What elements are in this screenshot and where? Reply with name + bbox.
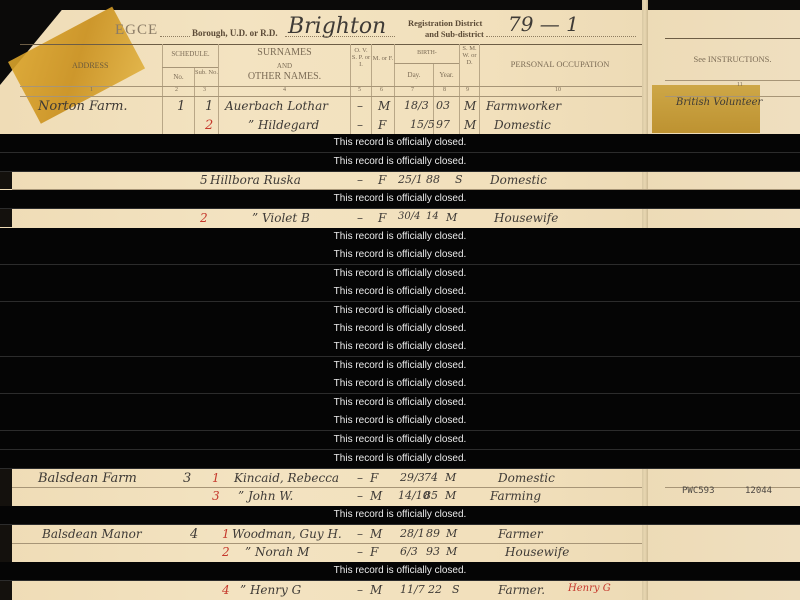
row-birth-day: 6/3 (400, 545, 418, 558)
header-rule (20, 44, 642, 45)
row-ovspi: – (357, 173, 363, 187)
closed-record-bar: This record is officially closed. (0, 338, 800, 357)
row-rule (20, 96, 642, 97)
row-ovspi: – (357, 118, 363, 132)
registration-label-2: and Sub-district (425, 29, 484, 39)
row-sub: 1 (212, 471, 220, 485)
row-sex: F (378, 211, 386, 225)
row-name: ” John W. (238, 489, 293, 503)
row-name: Kincaid, Rebecca (234, 471, 339, 485)
left-edge (0, 209, 12, 227)
row-birth-year: 89 (426, 527, 440, 540)
row-annotation: Henry G (568, 583, 611, 594)
tape-stain-right (652, 85, 760, 133)
col-birth: BIRTH- (395, 50, 459, 56)
row-sub: 1 (222, 527, 230, 541)
row-birth-day: 28/1 (400, 527, 425, 540)
row-sub: 4 (222, 583, 230, 597)
row-ovspi: – (357, 583, 363, 597)
col-address: ADDRESS (72, 62, 108, 70)
row-birth-day: 18/3 (404, 99, 429, 112)
row-status: S (455, 173, 463, 186)
row-schedule: 4 (190, 527, 198, 542)
row-status: M (445, 471, 456, 484)
closed-record-bar: This record is officially closed. (0, 302, 800, 321)
row-occupation: Farmworker (486, 99, 561, 113)
row-birth-day: 11/7 (400, 583, 425, 596)
row-name: ” Norah M (245, 545, 309, 559)
row-status: M (464, 99, 476, 113)
row-status: S (452, 583, 460, 596)
row-ovspi: – (357, 211, 363, 225)
row-status: M (446, 211, 457, 224)
col-num: 1 (90, 87, 93, 93)
row-sub: 5 (200, 173, 208, 187)
registration-label-1: Registration District (408, 18, 482, 28)
col-num: 10 (555, 87, 561, 93)
closed-record-bar: This record is officially closed. (0, 394, 800, 413)
row-address: Norton Farm. (38, 99, 128, 114)
col-other-names: OTHER NAMES. (219, 72, 350, 83)
dotted-line (486, 36, 636, 37)
row-sub: 2 (205, 118, 213, 133)
row-address: Balsdean Farm (38, 471, 137, 486)
closed-record-bar: This record is officially closed. (0, 228, 800, 247)
header-rule (665, 38, 800, 39)
row-birth-year: 22 (428, 583, 442, 596)
col-marital: S. M. W. or D. (460, 46, 479, 66)
row-sex: F (370, 471, 378, 485)
closed-record-bar: This record is officially closed. (0, 320, 800, 339)
col-rule (394, 44, 395, 134)
row-name: ” Hildegard (248, 118, 319, 132)
row-sex: F (378, 118, 386, 132)
row-birth-year: 14 (426, 211, 439, 222)
closed-record-bar: This record is officially closed. (0, 134, 800, 153)
col-sub-no: Sub. No. (195, 70, 218, 77)
col-num: 9 (466, 87, 469, 93)
row-sub: 2 (222, 545, 230, 559)
closed-record-bar: This record is officially closed. (0, 375, 800, 394)
closed-record-bar: This record is officially closed. (0, 562, 800, 581)
closed-record-bar: This record is officially closed. (0, 506, 800, 525)
row-ovspi: – (357, 471, 363, 485)
closed-record-bar: This record is officially closed. (0, 190, 800, 209)
row-sex: M (378, 99, 390, 113)
closed-record-bar: This record is officially closed. (0, 357, 800, 376)
col-ovspi: O. V. S. P. or I. (351, 48, 371, 68)
col-num: 7 (411, 87, 414, 93)
dotted-line (285, 36, 395, 37)
closed-record-bar: This record is officially closed. (0, 153, 800, 172)
row-address: Balsdean Manor (42, 527, 142, 541)
row-status: M (445, 489, 456, 502)
row-birth-day: 30/4 (398, 211, 420, 222)
col-rule (194, 68, 195, 134)
row-schedule: 1 (177, 99, 185, 114)
row-occupation: Farming (490, 489, 541, 503)
registration-value: 79 — 1 (508, 12, 579, 36)
row-sub: 3 (212, 489, 220, 503)
row-birth-year: 74 (424, 471, 438, 484)
row-occupation: Farmer (498, 527, 543, 541)
row-birth-year: 88 (426, 173, 440, 186)
row-ovspi: – (357, 99, 363, 113)
row-col11: British Volunteer (676, 97, 762, 108)
col-num: 2 (175, 87, 178, 93)
row-sub: 2 (200, 211, 208, 225)
parish-partial: EGCE (115, 22, 158, 39)
row-occupation: Domestic (494, 118, 551, 132)
row-occupation: Farmer. (498, 583, 545, 597)
col-num: 8 (443, 87, 446, 93)
row-sex: M (370, 527, 382, 541)
row-name: ” Violet B (252, 211, 310, 225)
row-ovspi: – (357, 489, 363, 503)
col-instructions: See INSTRUCTIONS. (665, 55, 800, 64)
row-occupation: Housewife (505, 545, 569, 559)
reference-code: PWC593 (682, 486, 715, 496)
col-num: 4 (283, 87, 286, 93)
col-rule (479, 44, 480, 134)
row-name: ” Henry G (240, 583, 301, 597)
row-name: Hillbora Ruska (210, 173, 301, 187)
row-name: Woodman, Guy H. (232, 527, 342, 541)
closed-record-bar: This record is officially closed. (0, 412, 800, 431)
row-birth-day: 29/3 (400, 471, 425, 484)
row-name: Auerbach Lothar (225, 99, 328, 113)
row-ovspi: – (357, 527, 363, 541)
row-schedule: 3 (183, 471, 191, 486)
row-occupation: Housewife (494, 211, 558, 225)
row-status: M (464, 118, 476, 132)
col-surnames: SURNAMES (219, 48, 350, 59)
row-birth-year: 85 (424, 489, 438, 502)
closed-record-bar: This record is officially closed. (0, 431, 800, 450)
row-rule (20, 86, 642, 87)
col-schedule-no: No. (163, 74, 194, 81)
row-birth-day: 15/5 (410, 118, 435, 131)
dotted-line (160, 36, 190, 37)
row-rule (394, 63, 459, 64)
closed-record-bar: This record is officially closed. (0, 283, 800, 302)
row-birth-day: 25/1 (398, 173, 423, 186)
row-sex: F (370, 545, 378, 559)
closed-record-bar: This record is officially closed. (0, 246, 800, 265)
col-sex: M. or F. (372, 56, 394, 63)
row-birth-year: 03 (436, 99, 450, 112)
row-rule (665, 80, 800, 81)
col-num: 5 (358, 87, 361, 93)
col-schedule: SCHEDULE. (163, 51, 218, 58)
reference-number: 12044 (745, 486, 772, 496)
closed-record-bar: This record is officially closed. (0, 450, 800, 469)
row-ovspi: – (357, 545, 363, 559)
col-occupation: PERSONAL OCCUPATION (480, 60, 640, 69)
col-num: 3 (203, 87, 206, 93)
col-num: 6 (380, 87, 383, 93)
row-rule (162, 67, 218, 68)
col-birth-day: Day. (395, 72, 433, 79)
row-rule (12, 543, 642, 544)
row-status: M (446, 527, 457, 540)
torn-top-edge (0, 0, 800, 10)
col-birth-year: Year. (434, 72, 459, 79)
borough-label: Borough, U.D. or R.D. (192, 28, 278, 38)
row-occupation: Domestic (498, 471, 555, 485)
col-and: AND (219, 63, 350, 70)
col-num: 11 (737, 82, 743, 88)
row-sex: F (378, 173, 386, 187)
row-birth-year: 93 (426, 545, 440, 558)
row-birth-year: 97 (436, 118, 450, 131)
row-occupation: Domestic (490, 173, 547, 187)
row-rule (12, 487, 642, 488)
closed-record-bar: This record is officially closed. (0, 265, 800, 284)
row-sub: 1 (205, 99, 213, 114)
row-status: M (446, 545, 457, 558)
row-sex: M (370, 583, 382, 597)
left-edge (0, 172, 12, 189)
row-sex: M (370, 489, 382, 503)
